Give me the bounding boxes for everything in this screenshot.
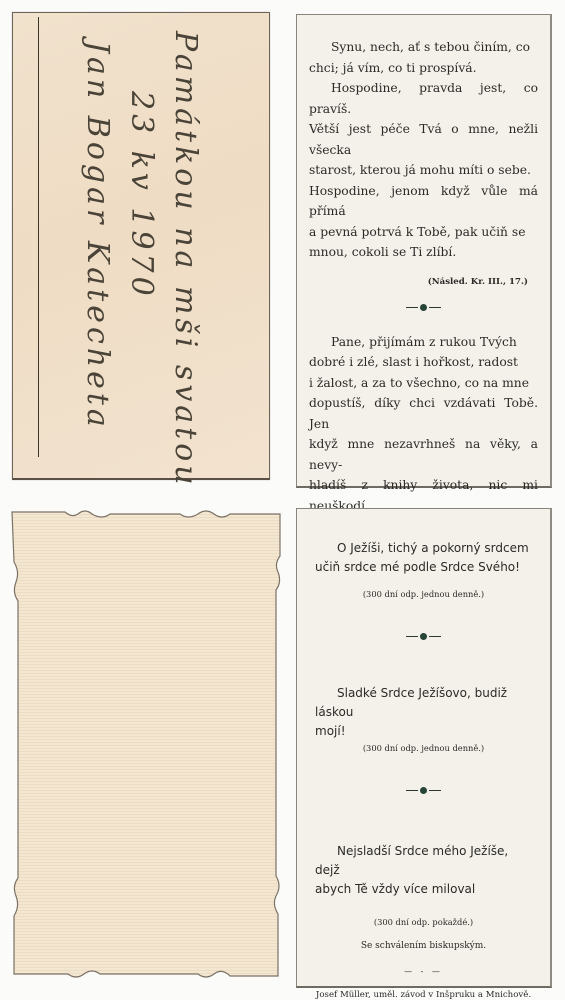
- indulgence-note-2: (300 dní odp. jednou denně.): [297, 743, 550, 753]
- ornament-flourish-icon: [297, 301, 550, 314]
- prayer-2: Sladké Srdce Ježíšovo, budiž láskou mojí…: [315, 684, 532, 741]
- publisher-imprint: Josef Müller, uměl. závod v Inšpruku a M…: [297, 990, 550, 1000]
- verse-line: a pevná potrvá k Tobě, pak učiň se: [309, 222, 538, 243]
- verse-line: mnou, cokoli se Ti zlíbí.: [309, 242, 538, 263]
- ornament-flourish-icon: [297, 783, 550, 796]
- scalloped-card-shape: [10, 506, 282, 984]
- verse-line: dopustíš, díky chci vzdávati Tobě. Jen: [309, 393, 538, 434]
- blank-scalloped-card: [10, 506, 282, 984]
- handwriting-line-2: 23 kv 1970: [119, 31, 163, 461]
- prayer-1: O Ježíši, tichý a pokorný srdcem učiň sr…: [315, 539, 532, 577]
- prayer-line: Nejsladší Srdce mého Ježíše, dejž: [315, 844, 508, 877]
- verse-line: Hospodine, pravda jest, co pravíš.: [309, 81, 538, 116]
- verse-line: Větší jest péče Tvá o mne, nežli všecka: [309, 119, 538, 160]
- indulgence-note-3: (300 dní odp. pokaždé.): [297, 917, 550, 927]
- handwritten-dedication: Památkou na mši svatou 23 kv 1970 Jan Bo…: [75, 31, 207, 461]
- prayer-3: Nejsladší Srdce mého Ježíše, dejž abych …: [315, 842, 532, 899]
- prayer-line: mojí!: [315, 722, 532, 741]
- verse-line: i žalost, a za to všechno, co na mne: [309, 373, 538, 394]
- citation-1: (Násled. Kr. III., 17.): [319, 277, 528, 287]
- handwritten-card: Památkou na mši svatou 23 kv 1970 Jan Bo…: [12, 12, 270, 480]
- dash-divider: — - —: [297, 967, 550, 976]
- verse-line: když mne nezavrhneš na věky, a nevy-: [309, 434, 538, 475]
- prayer-line: učiň srdce mé podle Srdce Svého!: [315, 558, 532, 577]
- printed-prayer-card: O Ježíši, tichý a pokorný srdcem učiň sr…: [296, 508, 552, 988]
- verse-line: chci; já vím, co ti prospívá.: [309, 58, 538, 79]
- verse-line: Pane, přijímám z rukou Tvých: [331, 335, 517, 349]
- verse-line: Synu, nech, ať s tebou činím, co: [331, 40, 530, 54]
- verse-1: Synu, nech, ať s tebou činím, co chci; j…: [309, 37, 538, 263]
- approval-note: Se schválením biskupským.: [297, 941, 550, 951]
- signature-underline: [38, 17, 39, 457]
- prayer-line: abych Tě vždy více miloval: [315, 880, 532, 899]
- verse-line: starost, kterou já mohu míti o sebe.: [309, 160, 538, 181]
- verse-line: Hospodine, jenom když vůle má přímá: [309, 181, 538, 222]
- indulgence-note-1: (300 dní odp. jednou denně.): [297, 589, 550, 599]
- printed-verse-card: Synu, nech, ať s tebou činím, co chci; j…: [296, 14, 552, 488]
- ornament-flourish-icon: [297, 629, 550, 642]
- prayer-line: Sladké Srdce Ježíšovo, budiž láskou: [315, 686, 507, 719]
- prayer-line: O Ježíši, tichý a pokorný srdcem: [337, 541, 529, 555]
- verse-line: dobré i zlé, slast i hořkost, radost: [309, 352, 538, 373]
- handwriting-line-1: Památkou na mši svatou: [163, 31, 207, 461]
- handwriting-line-3: Jan Bogar Katecheta: [75, 31, 119, 461]
